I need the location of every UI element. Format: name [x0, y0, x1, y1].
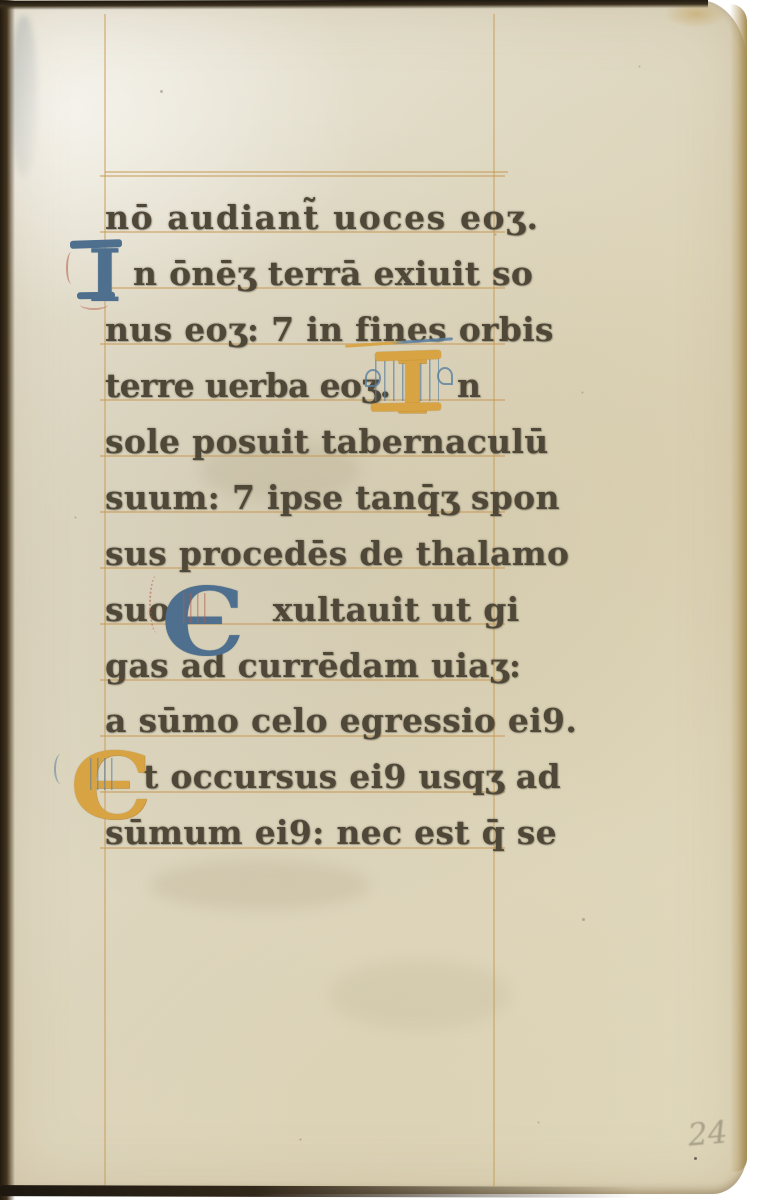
initial-letter: Є: [70, 740, 152, 832]
penwork-curl: [365, 369, 381, 387]
illuminated-initial-gold-E: Є: [70, 740, 156, 820]
line-text: sole posuit tabernaculū: [105, 422, 549, 461]
text-line-3: nus eoʒ: 7 in fines orbis: [105, 311, 515, 359]
initial-serif-bar: [371, 402, 441, 411]
initial-serif-bar: [77, 292, 115, 300]
line-text: n ōnēʒ terrā exiuit so: [133, 254, 533, 293]
text-line-5: sole posuit tabernaculū: [105, 423, 515, 471]
line-text: a sūmo celo egressio ei9.: [105, 701, 577, 740]
line-text-continuation: n: [457, 367, 481, 405]
binding-edge-bottom: [0, 1185, 636, 1198]
initial-letter: I: [88, 240, 122, 312]
illuminated-initial-blue-E: Є: [161, 575, 251, 653]
text-line-2: I n ōnēʒ terrā exiuit so: [105, 255, 515, 303]
text-line-8: suo. Є xultauit ut gi: [105, 591, 515, 639]
rule-line: [100, 175, 505, 177]
line-text: t occursus ei9 usqʒ ad: [143, 757, 561, 796]
line-text: terre uerba eoʒ.: [105, 366, 390, 405]
penwork-curl: [437, 367, 453, 385]
line-text: xultauit ut gi: [273, 590, 520, 629]
line-text: sūmum ei9: nec est q̄ se: [105, 813, 557, 852]
text-line-12: sūmum ei9: nec est q̄ se: [105, 814, 515, 862]
line-text: suum: 7 ipse tanq̄ʒ spon: [105, 478, 560, 517]
line-text: nus eoʒ: 7 in fines orbis: [105, 310, 554, 349]
illuminated-initial-gold-I: I: [371, 347, 445, 411]
binding-edge-left: [0, 0, 15, 1200]
initial-letter: I: [395, 351, 430, 425]
show-through-smudge: [330, 960, 510, 1030]
show-through-smudge: [150, 860, 370, 910]
manuscript-page: nō audiant̃ uoces eoʒ. I n ōnēʒ terrā ex…: [0, 0, 747, 1194]
illuminated-initial-blue-I: I: [78, 238, 128, 298]
text-line-1: nō audiant̃ uoces eoʒ.: [105, 199, 515, 247]
rule-line: [105, 171, 508, 173]
initial-letter: Є: [161, 575, 245, 669]
manuscript-photo: nō audiant̃ uoces eoʒ. I n ōnēʒ terrā ex…: [0, 0, 760, 1200]
page-right-edge: [730, 4, 747, 1172]
initial-serif-bar: [375, 350, 441, 361]
text-line-4: terre uerba eoʒ. I n: [105, 367, 515, 415]
text-line-10: a sūmo celo egressio ei9.: [105, 702, 515, 750]
folio-number: 24: [687, 1114, 729, 1153]
text-line-6: suum: 7 ipse tanq̄ʒ spon: [105, 479, 515, 527]
line-text: nō audiant̃ uoces eoʒ.: [105, 198, 540, 237]
text-line-11: Є t occursus ei9 usqʒ ad: [105, 758, 515, 806]
